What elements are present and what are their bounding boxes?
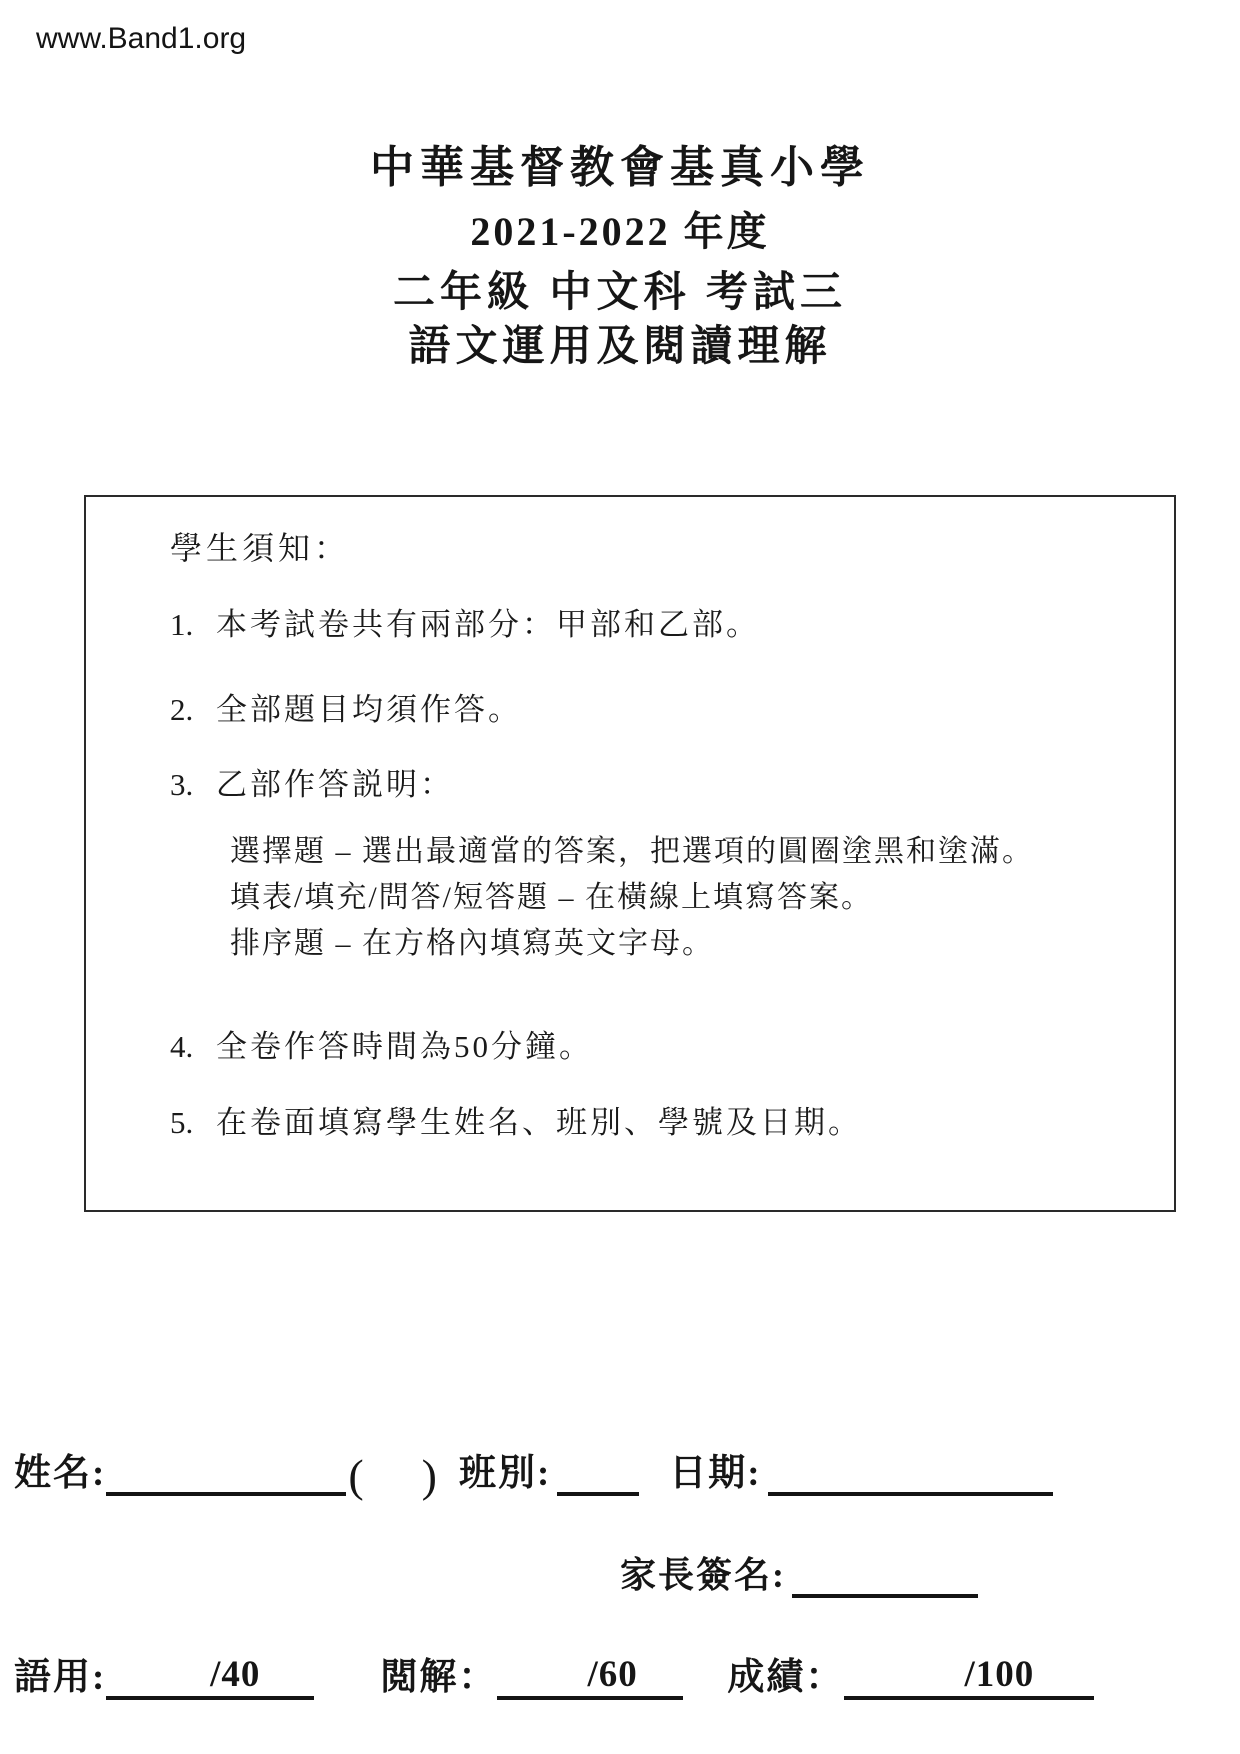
- watermark-text: www.Band1.org: [36, 22, 246, 56]
- total-score-line: /100: [844, 1646, 1094, 1700]
- notice-item-3: 3. 乙部作答説明：: [170, 767, 1144, 803]
- name-blank-line: [106, 1444, 346, 1496]
- language-use-score-label: 語用:: [14, 1646, 106, 1700]
- title-block: 中華基督教會基真小學 2021-2022 年度 二年級 中文科 考試三 語文運用…: [0, 146, 1240, 368]
- notice-subitem-order: 排序題 – 在方格內填寫英文字母。: [230, 921, 1144, 967]
- notice-item-3-sublist: 選擇題 – 選出最適當的答案，把選項的圓圈塗黑和塗滿。 填表/填充/問答/短答題…: [230, 829, 1144, 967]
- total-score-max: /100: [964, 1653, 1034, 1696]
- notice-item-3-text: 乙部作答説明：: [216, 767, 454, 803]
- student-notice-box: 學生須知： 1. 本考試卷共有兩部分：甲部和乙部。 2. 全部題目均須作答。 3…: [84, 495, 1176, 1212]
- name-label: 姓名:: [14, 1442, 106, 1496]
- notice-heading: 學生須知：: [170, 523, 1144, 569]
- reading-score-max: /60: [588, 1653, 638, 1696]
- notice-item-2-text: 全部題目均須作答。: [216, 692, 522, 728]
- class-label: 班別:: [459, 1442, 551, 1496]
- class-number-paren-open: (: [348, 1456, 363, 1496]
- notice-item-5: 5. 在卷面填寫學生姓名、班別、學號及日期。: [170, 1105, 1144, 1141]
- parent-signature-label: 家長簽名:: [620, 1547, 786, 1598]
- exam-title: 二年級 中文科 考試三: [0, 272, 1240, 314]
- notice-item-3-number: 3.: [170, 767, 216, 803]
- reading-score-label: 閲解：: [380, 1646, 497, 1700]
- class-blank-line: [557, 1444, 639, 1496]
- language-use-score-line: /40: [106, 1646, 314, 1700]
- parent-signature-blank-line: [792, 1548, 978, 1598]
- paper-title: 語文運用及閱讀理解: [0, 326, 1240, 368]
- language-use-score-max: /40: [210, 1653, 260, 1696]
- notice-item-1-number: 1.: [170, 607, 216, 643]
- reading-score-line: /60: [497, 1646, 683, 1700]
- class-number-paren-close: ): [422, 1456, 437, 1496]
- notice-subitem-mc: 選擇題 – 選出最適當的答案，把選項的圓圈塗黑和塗滿。: [230, 829, 1144, 875]
- notice-item-2-number: 2.: [170, 692, 216, 728]
- school-name: 中華基督教會基真小學: [0, 146, 1240, 190]
- notice-item-5-text: 在卷面填寫學生姓名、班別、學號及日期。: [216, 1105, 862, 1141]
- student-info-row: 姓名: ( ) 班別: 日期:: [14, 1444, 1053, 1496]
- notice-item-1: 1. 本考試卷共有兩部分：甲部和乙部。: [170, 607, 1144, 643]
- notice-item-4-number: 4.: [170, 1029, 216, 1065]
- notice-subitem-fill: 填表/填充/問答/短答題 – 在橫線上填寫答案。: [230, 875, 1144, 921]
- notice-item-4-text: 全卷作答時間為50分鐘。: [216, 1029, 593, 1065]
- score-row: 語用: /40 閲解： /60 成績： /100: [14, 1646, 1094, 1700]
- exam-cover-page: www.Band1.org 中華基督教會基真小學 2021-2022 年度 二年…: [0, 0, 1240, 1754]
- date-blank-line: [768, 1444, 1053, 1496]
- notice-item-5-number: 5.: [170, 1105, 216, 1141]
- total-score-label: 成績：: [727, 1646, 844, 1700]
- parent-signature-row: 家長簽名:: [620, 1548, 978, 1598]
- notice-item-4: 4. 全卷作答時間為50分鐘。: [170, 1029, 1144, 1065]
- school-year: 2021-2022 年度: [0, 212, 1240, 252]
- notice-item-2: 2. 全部題目均須作答。: [170, 692, 1144, 728]
- notice-item-1-text: 本考試卷共有兩部分：甲部和乙部。: [216, 607, 760, 643]
- date-label: 日期:: [669, 1442, 761, 1496]
